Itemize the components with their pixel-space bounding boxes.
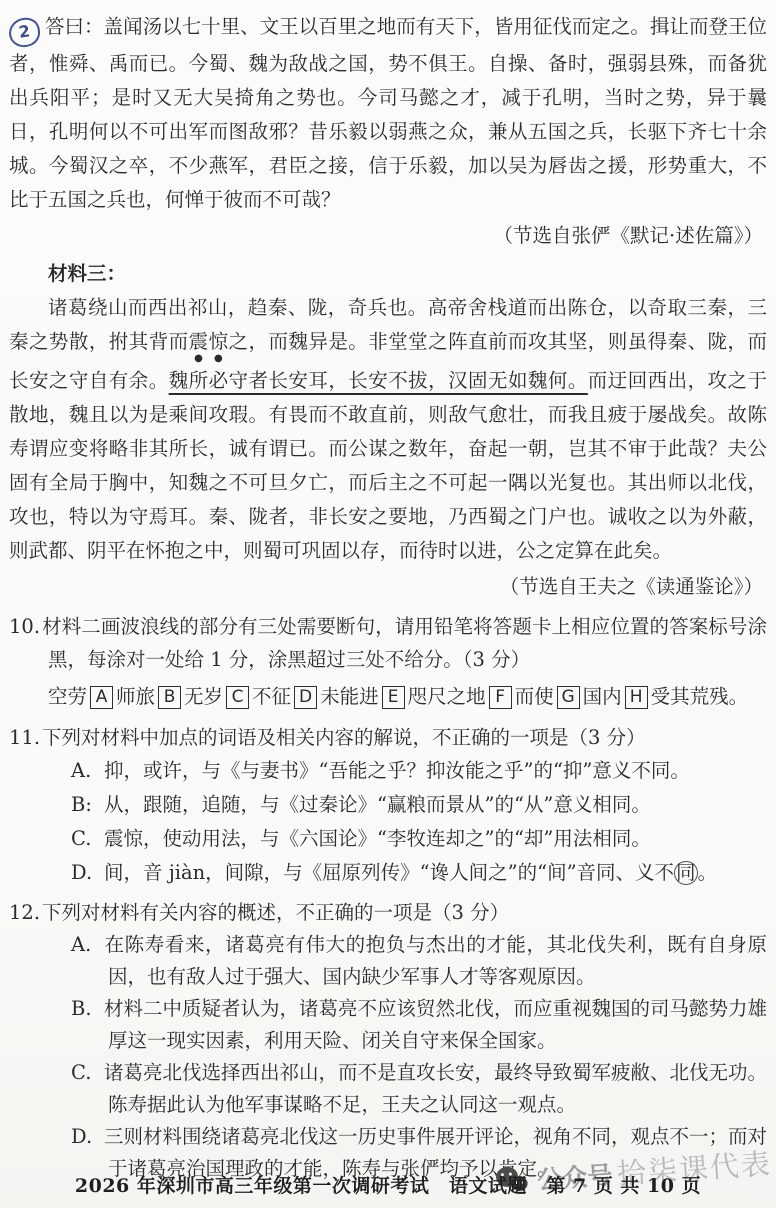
answer-marker-box-g: G — [557, 686, 580, 709]
duanju-segment: 国内 — [583, 685, 622, 708]
emphasized-word: 震惊 — [189, 330, 229, 353]
duanju-segment: 无岁 — [184, 685, 223, 708]
option-d: D.间，音 jiàn，间隙，与《屈原列传》“谗人间之”的“间”音同、义不同。 — [71, 856, 767, 890]
option-a: A.抑，或许，与《与妻书》“吾能之乎？抑汝能之乎”的“抑”意义不同。 — [71, 754, 767, 788]
option-c: C.震惊，使动用法，与《六国论》“李牧连却之”的“却”用法相同。 — [71, 822, 767, 856]
answer-marker-box-a: A — [90, 686, 113, 709]
option-label: D. — [71, 856, 104, 890]
option-label: C. — [71, 822, 104, 856]
duanju-segment: 未能进 — [320, 685, 379, 708]
question-number: 10. — [9, 610, 42, 643]
question-11: 11.下列对材料中加点的词语及相关内容的解说，不正确的一项是（3 分） A.抑，… — [9, 721, 767, 890]
material3-source: （节选自王夫之《读通鉴论》） — [9, 570, 763, 604]
option-label: D. — [71, 1121, 104, 1153]
material3-text-3: 而迂回西出，攻之于散地，魏且以为是乘间攻瑕。有畏而不敢直前，则敌气愈壮，而我且疲… — [9, 369, 767, 562]
question-number: 12. — [9, 896, 42, 929]
material2-source: （节选自张俨《默记·述佐篇》） — [9, 219, 763, 253]
option-c: C.诸葛亮北伐选择西出祁山，而不是直攻长安，最终导致蜀军疲敝、北伐无功。陈寿据此… — [71, 1057, 767, 1121]
material3-label: 材料三： — [9, 257, 767, 291]
question-12-stem: 12.下列对材料有关内容的概述，不正确的一项是（3 分） — [9, 896, 767, 929]
material3-paragraph: 诸葛绕山而西出祁山，趋秦、陇，奇兵也。高帝舍栈道而出陈仓，以奇取三秦，三秦之势散… — [9, 291, 767, 568]
handwritten-circled-number: 2 — [7, 16, 42, 49]
answer-marker-box-h: H — [625, 686, 648, 709]
underlined-sentence: 魏所必守者长安耳，长安不拔，汉固无如魏何。 — [169, 369, 588, 392]
duanju-segment: 而使 — [515, 685, 554, 708]
duanju-segment: 不征 — [252, 685, 291, 708]
material2-text: 答曰：盖闻汤以七十里、文王以百里之地而有天下，皆用征伐而定之。揖让而登王位者，惟… — [9, 15, 767, 211]
answer-marker-box-e: E — [382, 686, 405, 709]
answer-marker-box-b: B — [158, 686, 181, 709]
option-label: B. — [71, 993, 104, 1025]
option-b: B:从，跟随，追随，与《过秦论》“赢粮而景从”的“从”意义相同。 — [71, 788, 767, 822]
option-b: B.材料二中质疑者认为，诸葛亮不应该贸然北伐，而应重视魏国的司马懿势力雄厚这一现… — [71, 993, 767, 1057]
answer-marker-box-d: D — [294, 686, 317, 709]
option-label: C. — [71, 1057, 104, 1089]
option-a: A.在陈寿看来，诸葛亮有伟大的抱负与杰出的才能，其北伐失利，既有自身原因，也有敌… — [71, 929, 767, 993]
answer-marker-box-f: F — [489, 686, 512, 709]
duanju-segment: 师旅 — [116, 685, 155, 708]
duanju-segment: 空劳 — [48, 685, 87, 708]
question-12: 12.下列对材料有关内容的概述，不正确的一项是（3 分） A.在陈寿看来，诸葛亮… — [9, 896, 767, 1185]
material2-paragraph: 2答曰：盖闻汤以七十里、文王以百里之地而有天下，皆用征伐而定之。揖让而登王位者，… — [9, 10, 767, 217]
duanju-sentence: 空劳A师旅B无岁C不征D未能进E咫尺之地F而使G国内H受其荒残。 — [48, 679, 767, 715]
question-11-stem: 11.下列对材料中加点的词语及相关内容的解说，不正确的一项是（3 分） — [9, 721, 767, 754]
option-label: A. — [71, 929, 104, 961]
question-10-stem: 10.材料二画波浪线的部分有三处需要断句，请用铅笔将答题卡上相应位置的答案标号涂… — [9, 610, 767, 676]
answer-marker-box-c: C — [226, 686, 249, 709]
option-label: B: — [71, 788, 104, 822]
handwritten-circle-mark: 同 — [674, 861, 698, 885]
page-footer: 2026 年深圳市高三年级第一次调研考试 语文试题 第 7 页 共 10 页 — [0, 1171, 776, 1198]
duanju-segment: 咫尺之地 — [408, 685, 486, 708]
exam-page: 2答曰：盖闻汤以七十里、文王以百里之地而有天下，皆用征伐而定之。揖让而登王位者，… — [0, 0, 776, 1185]
question-number: 11. — [9, 721, 42, 754]
question-10: 10.材料二画波浪线的部分有三处需要断句，请用铅笔将答题卡上相应位置的答案标号涂… — [9, 610, 767, 715]
option-label: A. — [71, 754, 104, 788]
duanju-segment: 受其荒残。 — [651, 685, 749, 708]
